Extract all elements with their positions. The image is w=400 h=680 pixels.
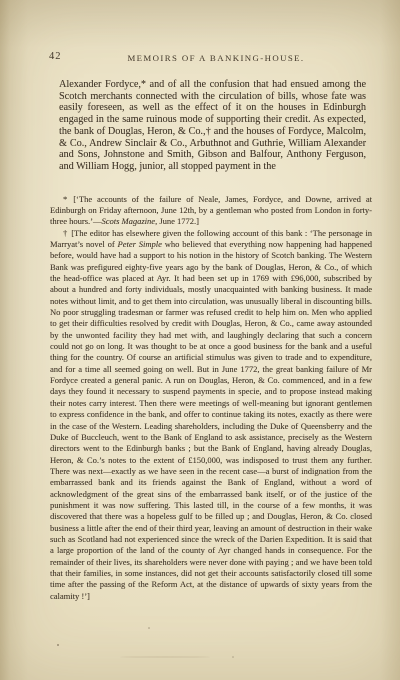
footnote-asterisk: * [‘The accounts of the failure of Neale… — [50, 194, 372, 228]
footnote-text: , June 1772.] — [155, 216, 199, 226]
cited-work-scots-magazine: Scots Magazine — [101, 216, 155, 226]
paper-speck — [369, 302, 371, 304]
main-paragraph: Alexander Fordyce,* and of all the confu… — [59, 79, 366, 173]
footnote-text: who believed that everything now happeni… — [50, 239, 372, 601]
paper-speck — [148, 627, 150, 629]
footnote-text: [‘The accounts of the failure of Neale, … — [50, 194, 372, 227]
footnote-marker-asterisk: * — [63, 194, 68, 204]
book-page-scan: 42 MEMOIRS OF A BANKING-HOUSE. Alexander… — [0, 0, 400, 680]
footnotes-section: * [‘The accounts of the failure of Neale… — [50, 194, 372, 602]
footnote-dagger: † [The editor has elsewhere given the fo… — [50, 228, 372, 602]
paper-smudge — [120, 656, 210, 658]
cited-work-peter-simple: Peter Simple — [118, 239, 162, 249]
page-header: 42 MEMOIRS OF A BANKING-HOUSE. — [48, 51, 366, 64]
paper-speck — [232, 656, 234, 658]
paper-speck — [57, 644, 59, 646]
footnote-marker-dagger: † — [63, 228, 69, 238]
running-header: MEMOIRS OF A BANKING-HOUSE. — [57, 53, 375, 63]
